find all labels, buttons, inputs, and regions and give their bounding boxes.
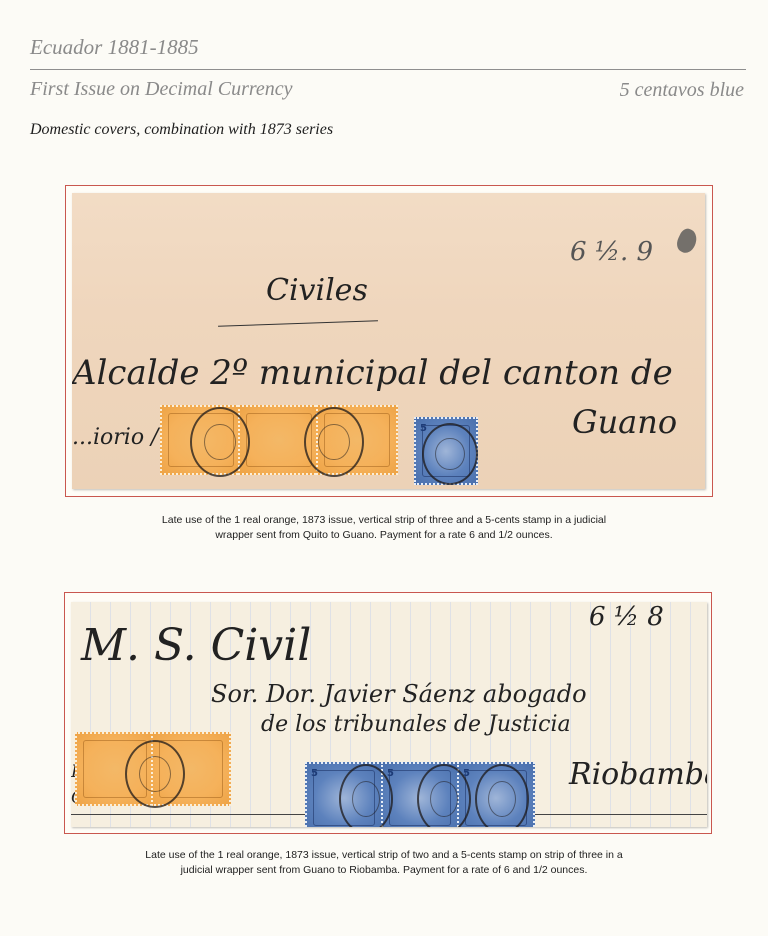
cover-caption-1: Late use of the 1 real orange, 1873 issu… — [0, 513, 768, 543]
postmark-cancel — [125, 740, 185, 808]
cover-caption-2: Late use of the 1 real orange, 1873 issu… — [0, 848, 768, 878]
handwriting-line-3: de los tribunales de Justicia — [261, 712, 571, 737]
caption-line: judicial wrapper sent from Guano to Riob… — [0, 863, 768, 878]
postmark-cancel — [422, 423, 478, 485]
stamp-value: 5 — [311, 768, 318, 779]
cover-frame-2: 6 ½ 8 M. S. Civil Sor. Dor. Javier Sáenz… — [64, 592, 712, 834]
cover-image-1: 6 ½. 9 Civiles Alcalde 2º municipal del … — [72, 193, 705, 489]
header-divider — [30, 69, 746, 70]
cover-image-2: 6 ½ 8 M. S. Civil Sor. Dor. Javier Sáenz… — [71, 602, 707, 827]
handwriting-line-1: M. S. Civil — [81, 620, 311, 671]
caption-line: wrapper sent from Quito to Guano. Paymen… — [0, 528, 768, 543]
postmark-cancel — [190, 407, 250, 477]
cover-frame-1: 6 ½. 9 Civiles Alcalde 2º municipal del … — [65, 185, 713, 497]
stamp-value: 5 — [420, 423, 427, 434]
handwriting-line-2: Alcalde 2º municipal del canton de — [72, 353, 673, 393]
ink-blot — [674, 226, 700, 255]
page-subtitle: First Issue on Decimal Currency — [30, 78, 293, 101]
caption-line: Late use of the 1 real orange, 1873 issu… — [0, 513, 768, 528]
postmark-cancel — [304, 407, 364, 477]
handwriting-line-3-left: ...iorio / — [72, 425, 158, 450]
stamp-designation: 5 centavos blue — [620, 79, 744, 102]
rate-note: 6 ½ 8 — [589, 602, 664, 632]
postmark-cancel — [339, 764, 393, 827]
postmark-cancel — [475, 764, 529, 827]
handwriting-line-2: Sor. Dor. Javier Sáenz abogado — [211, 680, 587, 708]
underline — [218, 320, 378, 327]
handwriting-line-4-right: Riobamba — [569, 757, 707, 792]
caption-line: Late use of the 1 real orange, 1873 issu… — [0, 848, 768, 863]
postmark-cancel — [417, 764, 471, 827]
handwriting-line-1: Civiles — [266, 273, 368, 308]
stamp-value: 5 — [387, 768, 394, 779]
rate-note: 6 ½. 9 — [570, 237, 653, 267]
handwriting-line-3-right: Guano — [572, 403, 677, 441]
section-heading: Domestic covers, combination with 1873 s… — [30, 121, 333, 139]
page-title: Ecuador 1881-1885 — [30, 35, 199, 60]
